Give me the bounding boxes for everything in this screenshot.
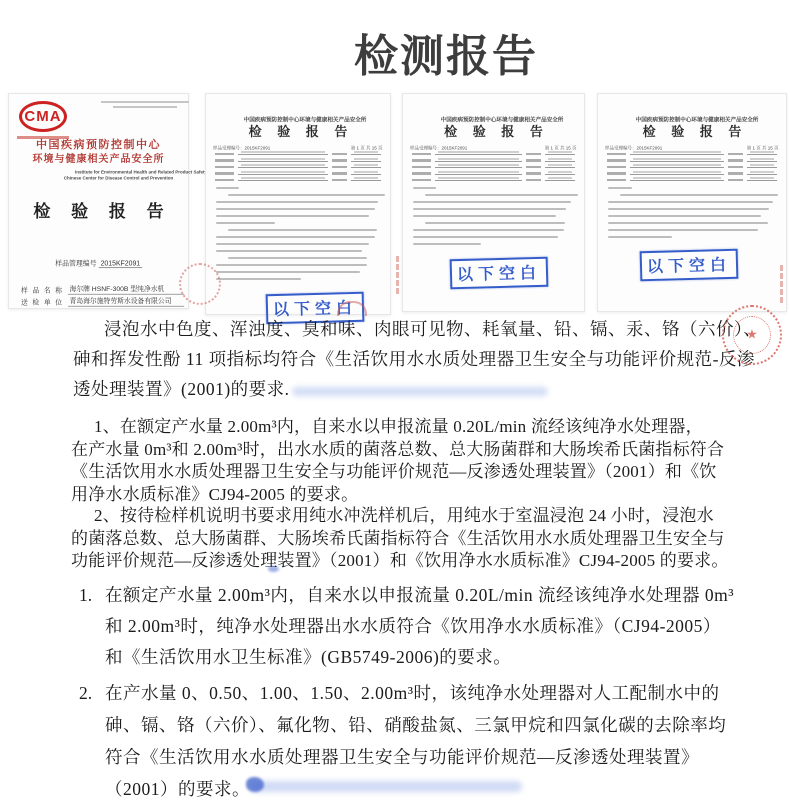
blue-pen-smudge [250,781,522,792]
conclusion-text-blurred [608,187,776,243]
conclusion-text-blurred [216,187,380,285]
blurred-text-line [608,201,773,203]
form-row-blurred [607,170,777,175]
blurred-text-line [216,250,362,252]
header-fineprint-line [113,106,177,108]
blurred-text-line [413,243,481,245]
blurred-text-line [216,208,375,210]
form-row-blurred [412,157,575,162]
red-seal-edge-marks [780,265,783,303]
blurred-text-line [216,222,275,224]
sample-info-table [412,150,575,183]
blurred-text-line [216,243,369,245]
blurred-text-line [228,229,377,231]
form-row-blurred [607,157,777,162]
sample-number-value: 2015KF2091 [99,260,143,268]
conclusion-paragraph-1: 1、在额定产水量 2.00m³内，自来水以申报流量 0.20L/min 流经该纯… [71,416,724,506]
blurred-text-line [413,215,556,217]
blurred-text-line [216,215,369,217]
conclusion-text-blurred [413,187,574,250]
form-row-blurred [412,163,575,168]
form-row-blurred [412,176,575,181]
page-title: 检测报告 [96,20,790,84]
cma-logo-text: CMA [24,108,61,125]
blurred-text-line [425,222,565,224]
blurred-text-line [413,229,564,231]
header-fineprint-line [101,101,189,103]
report-scan-cover: CMA 中国疾病预防控制中心 环境与健康相关产品安全所 Institute fo… [8,93,189,309]
blurred-text-line [228,194,385,196]
sample-info-table [607,150,777,183]
red-round-stamp [722,305,782,365]
red-seal-edge-marks [396,256,399,294]
blurred-text-line [228,257,367,259]
report-scan-page-4: 中国疾病预防控制中心环境与健康相关产品安全所 检 验 报 告 样品受理编号：20… [597,93,787,312]
blurred-text-line [425,194,578,196]
org-name-en-line2: Chinese Center for Disease Control and P… [9,168,188,186]
blurred-text-line [608,222,768,224]
conclusion-paragraph-2: 2、按待检样机说明书要求用纯水冲洗样机后，用纯水于室温浸泡 24 小时，浸泡水 … [71,505,729,573]
form-row-blurred [607,163,777,168]
blurred-text-line [608,215,761,217]
blurred-text-line [620,194,778,196]
blank-below-stamp: 以下空白 [640,249,739,282]
blurred-text-line [413,208,566,210]
blue-pen-mark [268,566,279,572]
blurred-text-line [216,264,367,266]
blurred-text-line [216,201,378,203]
test-report-section: 检测报告 CMA 中国疾病预防控制中心 环境与健康相关产品安全所 Institu… [0,0,790,810]
inspection-report-title: 检 验 报 告 [9,197,188,222]
submitting-unit-row: 送 检 单 位 青岛海尔施特劳斯水设备有限公司 [21,295,184,307]
blurred-text-line [216,278,301,280]
form-row-blurred [215,170,381,175]
form-row-blurred [412,150,575,155]
blue-pen-smudge [292,387,548,396]
cma-certification-logo: CMA [19,101,67,132]
blurred-text-line [413,201,571,203]
sample-name-row: 样 品 名 称 海尔牌 HSNF-300B 型纯净水机 [21,283,184,295]
blurred-text-line [216,271,360,273]
ref-number-row: 样品受理编号：2015KF2091 第 1 页 共 15 页 [410,138,577,146]
ref-number-row: 样品受理编号：2015KF2091 第 1 页 共 15 页 [213,138,383,146]
form-row-blurred [215,176,381,181]
form-row-blurred [215,157,381,162]
form-row-blurred [215,150,381,155]
list-marker: 1. [79,580,92,611]
report-scan-page-3: 中国疾病预防控制中心环境与健康相关产品安全所 检 验 报 告 样品受理编号：20… [402,93,585,312]
sample-info-table [215,150,381,183]
sample-number-label: 样品管理编号 [55,260,96,268]
list-marker: 2. [79,677,92,709]
blurred-text-line [413,236,558,238]
form-row-blurred [412,170,575,175]
blank-below-stamp: 以下空白 [450,257,549,290]
form-row-blurred [607,150,777,155]
red-seal-arc [337,301,367,316]
blurred-text-line [216,236,375,238]
form-row-blurred [607,176,777,181]
blurred-text-line [608,187,632,189]
form-row-blurred [215,163,381,168]
blurred-text-line [608,208,769,210]
blurred-text-line [413,187,436,189]
sample-number-line: 样品管理编号 2015KF2091 [9,257,188,267]
red-seal-partial [179,263,221,305]
blue-pen-mark [246,777,264,792]
result-list-item-1: 1. 在额定产水量 2.00m³内，自来水以申报流量 0.20L/min 流经该… [105,580,734,673]
ref-number-row: 样品受理编号：2015KF2091 第 1 页 共 15 页 [605,138,779,146]
report-scan-page-2: 中国疾病预防控制中心环境与健康相关产品安全所 检 验 报 告 样品受理编号：20… [205,93,391,315]
blurred-text-line [608,236,672,238]
blurred-text-line [608,229,758,231]
blurred-text-line [216,187,239,189]
